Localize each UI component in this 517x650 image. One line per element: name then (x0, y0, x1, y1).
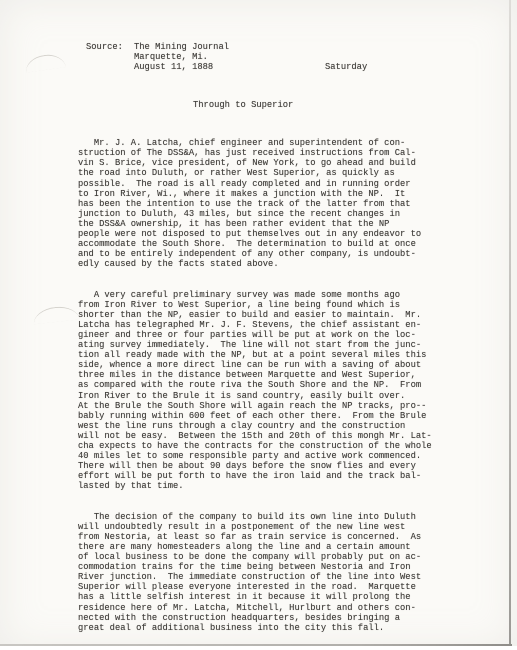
article-paragraph-2: A very careful preliminary survey was ma… (78, 290, 432, 492)
scanned-page: Source: The Mining Journal Marquette, Mi… (0, 0, 517, 650)
article-body: Mr. J. A. Latcha, chief engineer and sup… (78, 118, 432, 650)
source-location: Marquette, Mi. (134, 52, 208, 62)
scan-background-below-page (0, 646, 517, 650)
source-day: Saturday (325, 62, 367, 72)
source-date: August 11, 1888 (134, 62, 213, 72)
source-publication: The Mining Journal (134, 42, 229, 52)
source-label: Source: (86, 42, 123, 52)
page-edge-right (509, 0, 511, 646)
pencil-smudge-mark-middle (32, 305, 79, 325)
article-title: Through to Superior (193, 100, 293, 110)
article-paragraph-3: The decision of the company to build its… (78, 512, 432, 633)
pencil-smudge-mark-top (24, 52, 66, 72)
article-paragraph-1: Mr. J. A. Latcha, chief engineer and sup… (78, 138, 432, 269)
